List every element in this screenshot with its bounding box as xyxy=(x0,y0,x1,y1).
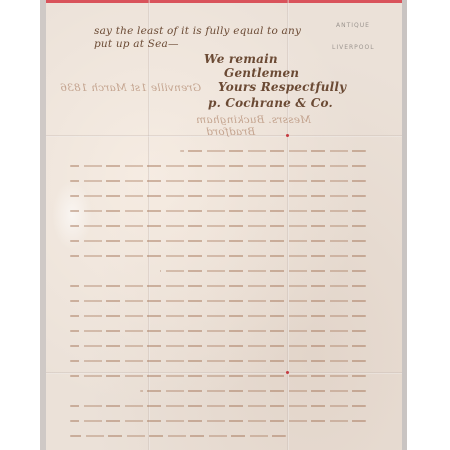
bleed-through-address: Messrs. Buckingham xyxy=(196,114,311,126)
bleed-line xyxy=(70,255,366,257)
bleed-line xyxy=(70,210,366,212)
red-top-edge xyxy=(46,0,402,3)
paper-surface: ANTIQUE LIVERPOOL say the least of it is… xyxy=(46,0,402,450)
bleed-line xyxy=(70,165,366,167)
bleed-through-dateline: Grenville 1st March 1836 xyxy=(60,82,201,94)
bleed-line xyxy=(70,225,366,227)
red-ink-mark xyxy=(286,134,289,137)
signature: p. Cochrane & Co. xyxy=(208,96,333,110)
bleed-line xyxy=(140,390,366,392)
closing-line: Yours Respectfully xyxy=(218,80,346,94)
bleed-line xyxy=(70,345,366,347)
page-shadow-right xyxy=(402,0,407,450)
letter-text-line: say the least of it is fully equal to an… xyxy=(94,25,301,37)
bleed-line xyxy=(70,285,366,287)
letter-text-line: put up at Sea— xyxy=(94,38,179,50)
bleed-line xyxy=(70,315,366,317)
bleed-line xyxy=(70,360,366,362)
bleed-line xyxy=(70,375,366,377)
bleed-line xyxy=(70,180,366,182)
bleed-line xyxy=(70,330,366,332)
bleed-through-body xyxy=(70,150,366,450)
faint-stamp: LIVERPOOL xyxy=(332,44,375,51)
closing-line: We remain xyxy=(204,52,278,66)
bleed-through-address: Bradford xyxy=(206,126,255,138)
bleed-line xyxy=(70,195,366,197)
bleed-line xyxy=(70,420,366,422)
bleed-line xyxy=(180,150,366,152)
closing-line: Gentlemen xyxy=(224,66,299,80)
faint-stamp: ANTIQUE xyxy=(336,22,370,29)
letter-page: ANTIQUE LIVERPOOL say the least of it is… xyxy=(40,0,407,450)
bleed-line xyxy=(160,270,366,272)
bleed-line xyxy=(70,435,286,437)
bleed-line xyxy=(70,405,366,407)
bleed-line xyxy=(70,240,366,242)
bleed-line xyxy=(70,300,366,302)
